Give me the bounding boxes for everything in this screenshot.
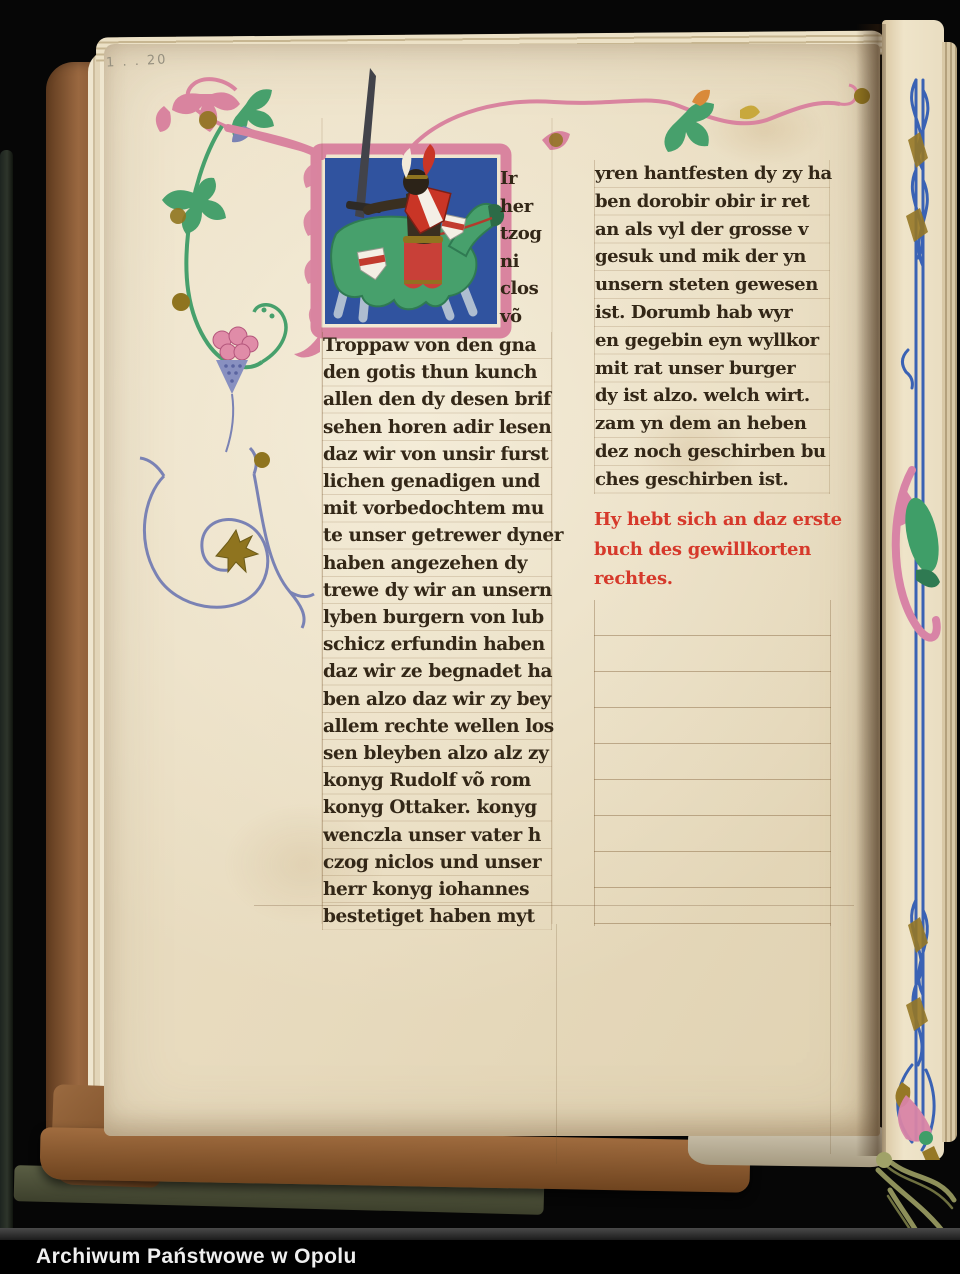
manuscript-text-line: ni bbox=[500, 248, 552, 276]
gutter-shadow bbox=[856, 24, 886, 1156]
manuscript-text-line: herr konyg iohannes bbox=[323, 876, 551, 903]
manuscript-text-line: her bbox=[500, 193, 552, 221]
pencil-folio-number: 1 . . 20 bbox=[106, 52, 168, 70]
ruling-line bbox=[830, 924, 831, 1154]
manuscript-text-line: daz wir ze begnadet ha bbox=[323, 658, 551, 685]
blue-pen-flourish bbox=[140, 448, 314, 628]
manuscript-text-line: wenczla unser vater h bbox=[323, 822, 551, 849]
book-cover-edge bbox=[0, 150, 13, 1235]
manuscript-text-line: te unser getrewer dyner bbox=[323, 522, 551, 549]
manuscript-text-line: czog niclos und unser bbox=[323, 849, 551, 876]
manuscript-text-line: daz wir von unsir furst bbox=[323, 441, 551, 468]
manuscript-text-line: ches geschirben ist. bbox=[595, 466, 829, 494]
archive-caption: Archiwum Państwowe w Opolu bbox=[36, 1245, 357, 1269]
initial-side-column: Irhertzogniclosvõ bbox=[500, 165, 552, 330]
manuscript-text-line: mit vorbedochtem mu bbox=[323, 495, 551, 522]
manuscript-text-line: konyg Ottaker. konyg bbox=[323, 794, 551, 821]
photo-bottom-strip bbox=[0, 1228, 960, 1240]
manuscript-text-line: unsern steten gewesen bbox=[595, 271, 829, 299]
illuminated-initial-knight bbox=[228, 68, 506, 358]
manuscript-text-line: dez noch geschirben bu bbox=[595, 438, 829, 466]
next-page-fore-edge bbox=[942, 42, 957, 1142]
manuscript-text-line: ist. Dorumb hab wyr bbox=[595, 299, 829, 327]
manuscript-text-line: bestetiget haben myt bbox=[323, 903, 551, 930]
text-column-right: yren hantfesten dy zy haben dorobir obir… bbox=[594, 160, 830, 494]
manuscript-text-line: mit rat unser burger bbox=[595, 355, 829, 383]
manuscript-text-line: ben dorobir obir ir ret bbox=[595, 188, 829, 216]
manuscript-text-line: den gotis thun kunch bbox=[323, 359, 551, 386]
manuscript-text-line: konyg Rudolf võ rom bbox=[323, 767, 551, 794]
manuscript-page: 1 . . 20 bbox=[104, 44, 880, 1136]
manuscript-text-line: allem rechte wellen los bbox=[323, 713, 551, 740]
manuscript-text-line: allen den dy desen brif bbox=[323, 386, 551, 413]
manuscript-text-line: zam yn dem an heben bbox=[595, 410, 829, 438]
manuscript-text-line: buch des gewillkorten bbox=[594, 535, 830, 565]
manuscript-text-line: gesuk und mik der yn bbox=[595, 243, 829, 271]
ruling-line bbox=[254, 905, 854, 906]
next-page-border-decoration bbox=[882, 20, 944, 1160]
manuscript-text-line: ben alzo daz wir zy bey bbox=[323, 686, 551, 713]
manuscript-text-line: Hy hebt sich an daz erste bbox=[594, 505, 830, 535]
manuscript-text-line: lichen genadigen und bbox=[323, 468, 551, 495]
manuscript-text-line: tzog bbox=[500, 220, 552, 248]
manuscript-text-line: clos bbox=[500, 275, 552, 303]
manuscript-text-line: haben angezehen dy bbox=[323, 550, 551, 577]
manuscript-text-line: dy ist alzo. welch wirt. bbox=[595, 382, 829, 410]
ruling-line bbox=[556, 924, 557, 1164]
parchment-stain bbox=[704, 94, 824, 164]
text-column-left: Troppaw von den gnaden gotis thun kuncha… bbox=[322, 332, 552, 930]
left-margin-vine bbox=[162, 126, 286, 452]
manuscript-text-line: en gegebin eyn wyllkor bbox=[595, 327, 829, 355]
next-page-sliver bbox=[882, 20, 944, 1160]
manuscript-text-line: an als vyl der grosse v bbox=[595, 216, 829, 244]
manuscript-text-line: rechtes. bbox=[594, 564, 830, 594]
manuscript-text-line: Ir bbox=[500, 165, 552, 193]
manuscript-text-line: Troppaw von den gna bbox=[323, 332, 551, 359]
manuscript-text-line: yren hantfesten dy zy ha bbox=[595, 160, 829, 188]
manuscript-text-line: schicz erfundin haben bbox=[323, 631, 551, 658]
manuscript-text-line: sen bleyben alzo alz zy bbox=[323, 740, 551, 767]
manuscript-text-line: sehen horen adir lesen bbox=[323, 414, 551, 441]
ruled-blank-area bbox=[594, 600, 831, 926]
caption-bar: Archiwum Państwowe w Opolu bbox=[0, 1240, 960, 1274]
archive-photo-viewer: 1 . . 20 bbox=[0, 0, 960, 1274]
manuscript-text-line: trewe dy wir an unsern bbox=[323, 577, 551, 604]
manuscript-text-line: lyben burgern von lub bbox=[323, 604, 551, 631]
rubric-red-text: Hy hebt sich an daz erstebuch des gewill… bbox=[594, 505, 830, 594]
manuscript-text-line: võ bbox=[500, 303, 552, 331]
